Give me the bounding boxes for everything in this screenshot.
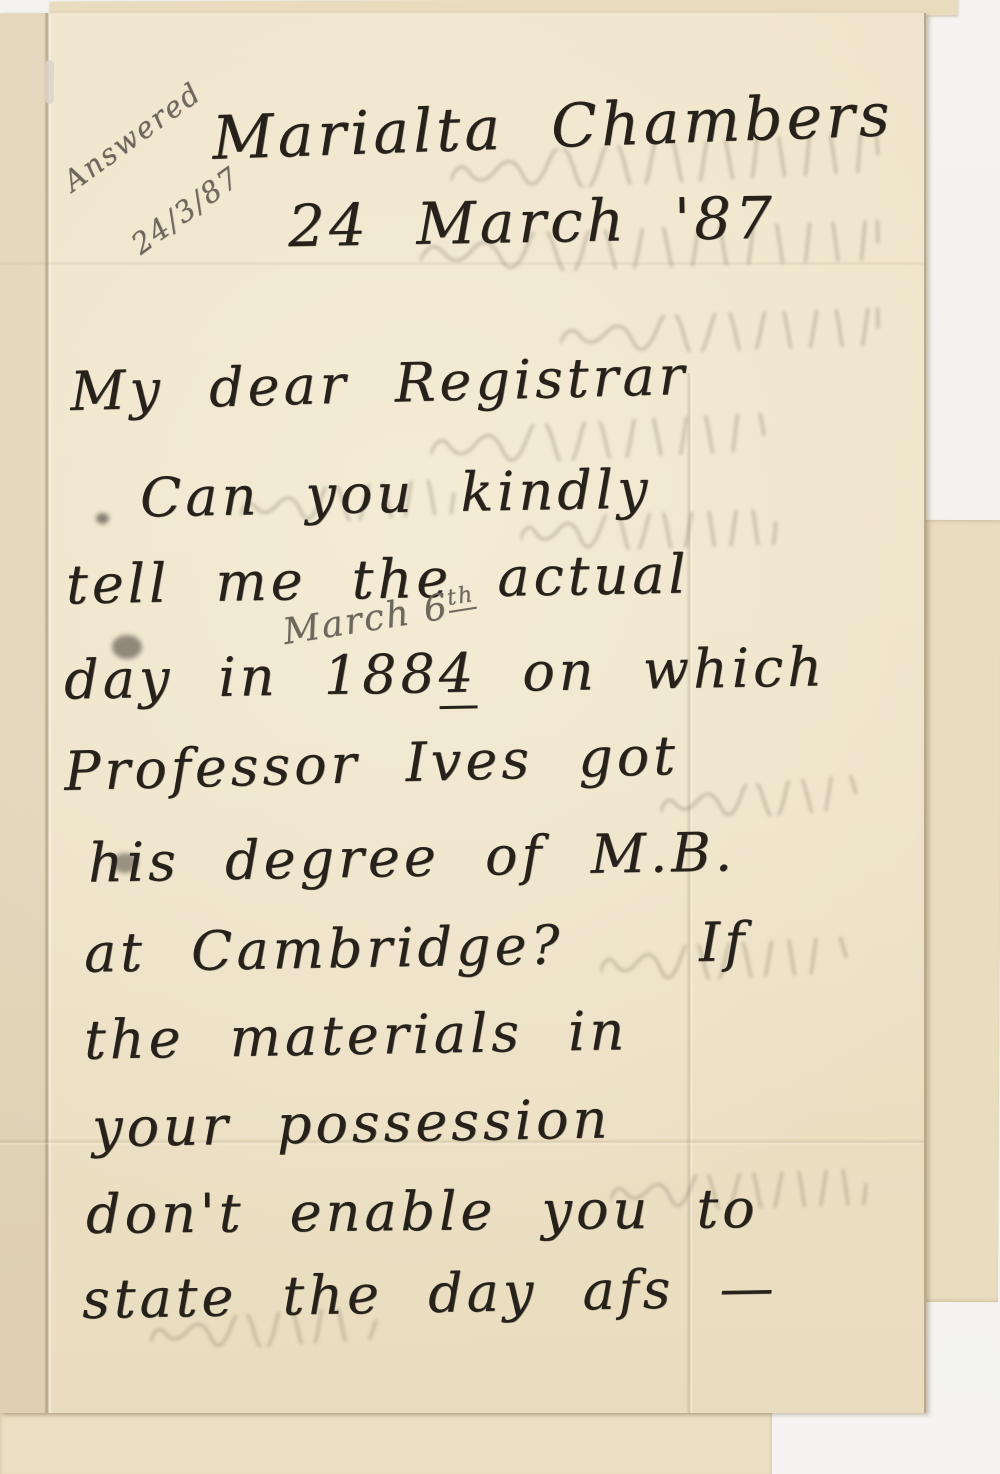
left-fold-crease (44, 13, 52, 1413)
answered-annotation-word: Answered (58, 77, 207, 197)
left-fold-strip (0, 13, 47, 1413)
body-line-3-pre: day in 188 (64, 642, 440, 712)
ink-smudge (96, 513, 109, 524)
body-line-5: his degree of M.B. (87, 820, 736, 894)
body-line-8: your possession (91, 1087, 611, 1159)
back-sheet-right-edge (916, 520, 1000, 1302)
body-line-3: day in 1884 on which (64, 635, 827, 711)
body-line-10: state the day afs — (82, 1256, 779, 1331)
scanned-letter: Answered 24/3/87 Marialta Chambers 24 Ma… (0, 0, 1000, 1474)
march-6th-ordinal: th (445, 581, 476, 613)
body-line-7: the materials in (83, 999, 628, 1071)
back-sheet-bottom-edge (0, 1410, 772, 1474)
body-line-3-post: on which (477, 635, 827, 704)
body-line-3-underlined-digit: 4 (438, 641, 478, 709)
letter-date: 24 March '87 (287, 184, 776, 261)
body-line-1: Can you kindly (139, 458, 652, 530)
body-line-6: at Cambridge? If (84, 910, 749, 985)
tape-mark (45, 60, 54, 104)
body-line-9: don't enable you to (86, 1177, 759, 1246)
